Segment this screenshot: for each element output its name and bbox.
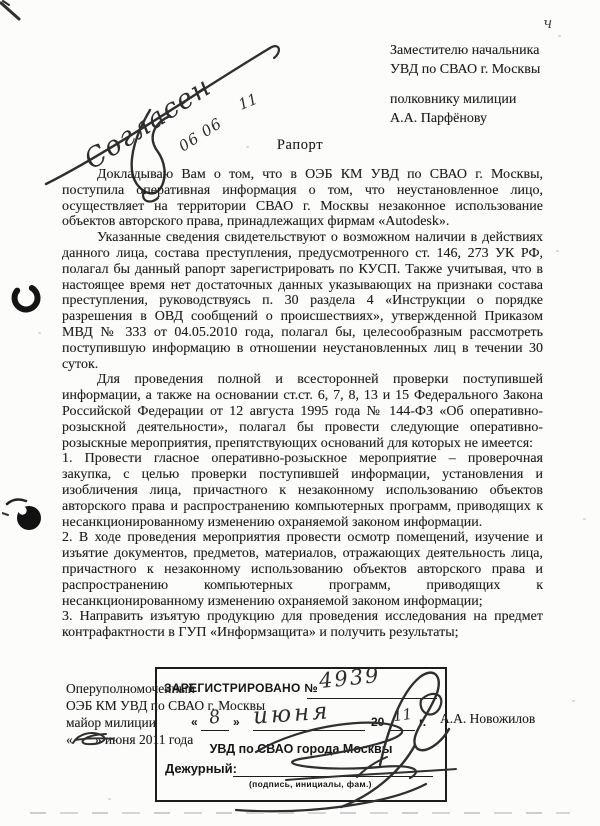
scan-artifact-line bbox=[30, 812, 570, 814]
speckle bbox=[310, 455, 313, 457]
body-item-1: 1. Провести гласное оперативно-розыскное… bbox=[62, 451, 543, 530]
speckle bbox=[246, 146, 249, 148]
stamp-duty-label: Дежурный: bbox=[165, 761, 237, 776]
date-scribble bbox=[70, 729, 120, 749]
addressee-line: А.А. Парфёнову bbox=[390, 110, 540, 129]
stamp-day: 8 bbox=[207, 706, 222, 729]
approval-year: 11 bbox=[236, 90, 260, 114]
stamp-quote-open: « bbox=[191, 715, 198, 729]
addressee-block: Заместителю начальника УВД по СВАО г. Мо… bbox=[390, 42, 540, 128]
document-title: Рапорт bbox=[60, 137, 540, 154]
document-body: Докладываю Вам о том, что в ОЭБ КМ УВД п… bbox=[62, 167, 543, 641]
hole-punch-mark bbox=[8, 276, 46, 320]
corner-ink-mark bbox=[0, 0, 24, 24]
ink-blob-mark bbox=[2, 494, 50, 542]
body-paragraph-3: Для проведения полной и всесторонней про… bbox=[62, 372, 543, 451]
scanned-report-page: ч Согласен 06 06 11 Заместителю начальни… bbox=[0, 0, 600, 826]
body-item-3: 3. Направить изъятую продукцию для прове… bbox=[62, 609, 543, 641]
body-paragraph-2: Указанные сведения свидетельствуют о воз… bbox=[62, 230, 543, 372]
approval-word: Согласен bbox=[79, 71, 217, 176]
speckle bbox=[572, 700, 575, 702]
body-item-2: 2. В ходе проведения мероприятия провест… bbox=[62, 530, 543, 609]
signer-name: А.А. Новожилов bbox=[440, 711, 535, 727]
speckle bbox=[583, 518, 586, 520]
signer-signature bbox=[335, 655, 475, 815]
stamp-registered-label: ЗАРЕГИСТРИРОВАНО № bbox=[164, 681, 318, 695]
speckle bbox=[558, 35, 561, 37]
addressee-line: полковнику милиции bbox=[390, 91, 540, 110]
addressee-line: Заместителю начальника bbox=[390, 42, 540, 61]
body-paragraph-1: Докладываю Вам о том, что в ОЭБ КМ УВД п… bbox=[62, 167, 543, 230]
addressee-line: УВД по СВАО г. Москвы bbox=[390, 61, 540, 80]
speckle bbox=[556, 250, 559, 252]
speckle bbox=[108, 798, 111, 800]
speckle bbox=[38, 332, 41, 334]
page-number-mark: ч bbox=[543, 14, 552, 32]
